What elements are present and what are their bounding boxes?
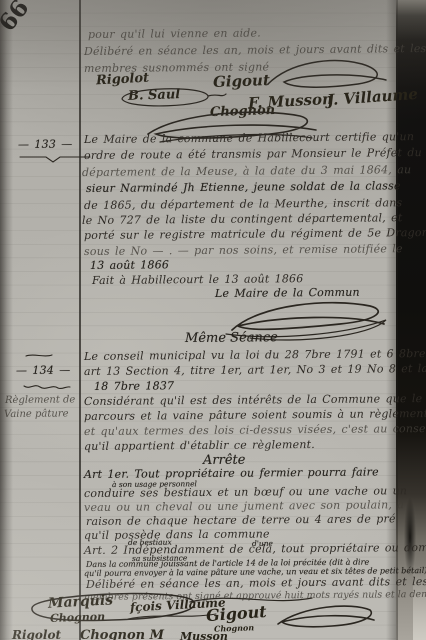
manuscript-line: département de la Meuse, à la date du 3 … bbox=[82, 163, 411, 179]
margin-dash-mark bbox=[26, 352, 52, 360]
manuscript-line: veau ou un cheval ou une jument avec son… bbox=[84, 498, 404, 514]
manuscript-line: Le conseil municipal vu la loi du 28 7br… bbox=[84, 347, 426, 363]
manuscript-line: pour qu'il lui vienne en aide. bbox=[88, 26, 261, 41]
manuscript-line: parcours et la vaine pâture soient soumi… bbox=[84, 407, 426, 423]
signature-chognon-cut: Chognon M bbox=[80, 628, 164, 640]
signature-rigolot-cut: Rigolot bbox=[12, 628, 61, 640]
manuscript-line: Le Maire de la commune de Habillecourt c… bbox=[84, 130, 414, 146]
dateline: Fait à Habillecourt le 13 août 1866 bbox=[92, 272, 304, 287]
manuscript-line: le No 727 de la liste du contingent dépa… bbox=[82, 211, 403, 227]
manuscript-line: porté sur le registre matricule du régim… bbox=[84, 226, 426, 242]
manuscript-line: de 1865, du département de la Meurthe, i… bbox=[84, 196, 402, 212]
manuscript-line: 18 7bre 1837 bbox=[94, 379, 174, 393]
manuscript-line: raison de chaque hectare de terre ou 4 a… bbox=[86, 512, 396, 528]
signature-chognon: Chognon bbox=[50, 610, 106, 625]
margin-note: Vaine pâture bbox=[4, 408, 69, 420]
manuscript-line: sous le No — . — par nos soins, et remis… bbox=[84, 242, 403, 258]
entry-number-margin: — 134 — bbox=[16, 364, 71, 377]
signature-marquis: Marquis bbox=[48, 592, 114, 611]
margin-rule-line bbox=[79, 0, 81, 640]
manuscript-line: et qu'aux termes des lois ci-dessus visé… bbox=[84, 422, 426, 438]
section-heading: Même Séance bbox=[185, 330, 278, 346]
manuscript-line: sieur Narmindé Jh Etienne, jeune soldat … bbox=[86, 179, 401, 195]
entry-number-margin: — 133 — bbox=[18, 138, 73, 151]
margin-note: Règlement de bbox=[5, 394, 75, 406]
book-binding-left-edge bbox=[0, 0, 13, 640]
manuscript-line: Art 1er. Tout propriétaire ou fermier po… bbox=[84, 465, 379, 481]
signature-paraph-flourish bbox=[272, 602, 380, 632]
manuscript-line: 13 août 1866 bbox=[90, 258, 169, 272]
manuscript-line: qu'il appartient d'établir ce règlement. bbox=[84, 438, 315, 453]
signature-musson-cut: Musson bbox=[180, 630, 228, 640]
margin-wavy-mark bbox=[24, 382, 70, 392]
margin-flourish bbox=[20, 152, 90, 164]
scanned-register-page: 66 pour qu'il lui vienne en aide. Délibé… bbox=[0, 0, 426, 640]
manuscript-line: qu'il possède dans la commune bbox=[84, 527, 270, 542]
manuscript-line: Considérant qu'il est des intérêts de la… bbox=[84, 392, 422, 408]
manuscript-line: art 13 Section 4, titre 1er, art 1er, No… bbox=[84, 362, 426, 378]
manuscript-line: ordre de route a été transmis par Monsie… bbox=[84, 146, 422, 162]
signature-underline-flourish bbox=[126, 611, 218, 621]
